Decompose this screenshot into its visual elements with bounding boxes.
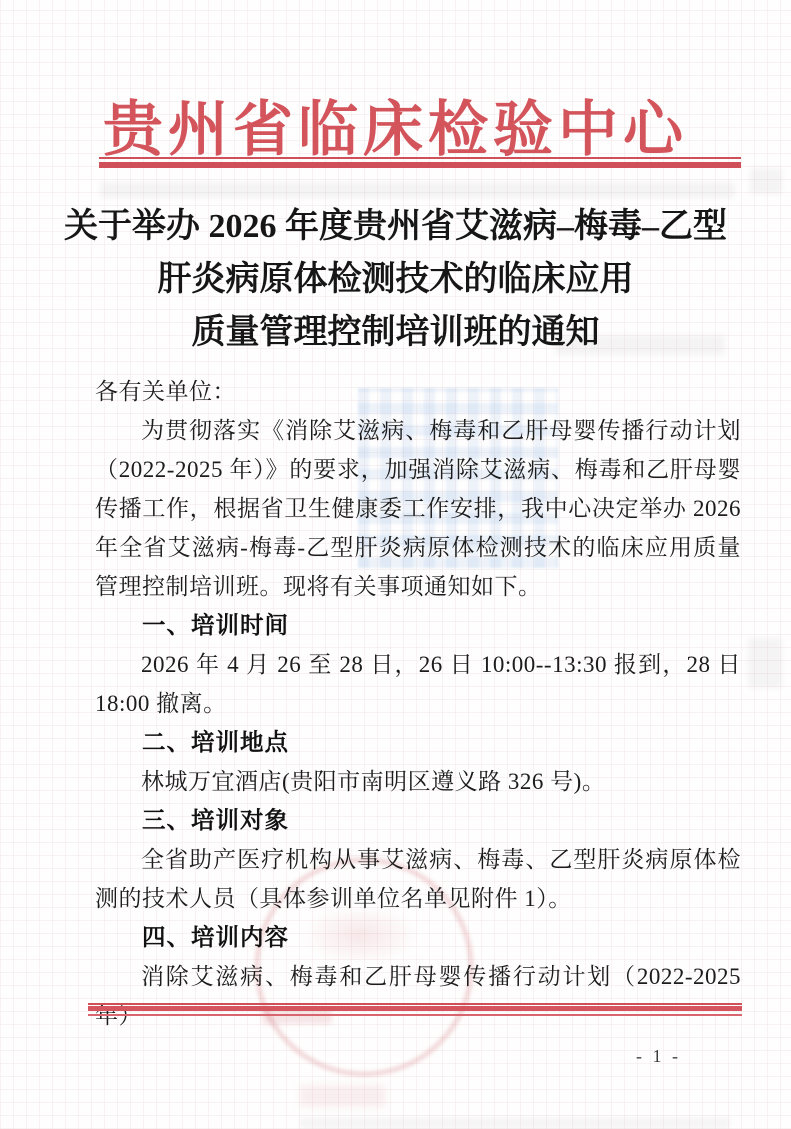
salutation: 各有关单位： <box>95 372 741 411</box>
stamp-ink-speckle <box>300 1085 385 1107</box>
notice-body: 各有关单位： 为贯彻落实《消除艾滋病、梅毒和乙肝母婴传播行动计划（2022-20… <box>95 372 741 1035</box>
footer-divider-rule <box>88 1003 742 1016</box>
document-title-line-1: 关于举办 2026 年度贵州省艾滋病–梅毒–乙型 <box>0 200 791 253</box>
section-4-text: 消除艾滋病、梅毒和乙肝母婴传播行动计划（2022-2025 年） <box>95 957 741 1035</box>
document-title: 关于举办 2026 年度贵州省艾滋病–梅毒–乙型 肝炎病原体检测技术的临床应用 … <box>0 200 791 359</box>
bleed-through-artifact <box>300 1118 730 1128</box>
notice-page: 贵州省临床检验中心 关于举办 2026 年度贵州省艾滋病–梅毒–乙型 肝炎病原体… <box>0 0 791 1129</box>
section-1-text: 2026 年 4 月 26 至 28 日，26 日 10:00--13:30 报… <box>95 645 741 723</box>
letterhead-divider-rule <box>99 157 741 168</box>
document-title-line-2: 肝炎病原体检测技术的临床应用 <box>0 253 791 306</box>
section-2-heading: 二、培训地点 <box>95 723 741 762</box>
bleed-through-artifact <box>750 168 782 194</box>
section-1-heading: 一、培训时间 <box>95 606 741 645</box>
letterhead-org-name: 贵州省临床检验中心 <box>0 82 791 168</box>
section-2-text: 林城万宜酒店(贵阳市南明区遵义路 326 号)。 <box>95 762 741 801</box>
page-number: - 1 - <box>636 1046 681 1067</box>
section-3-heading: 三、培训对象 <box>95 801 741 840</box>
section-4-heading: 四、培训内容 <box>95 918 741 957</box>
document-title-line-3: 质量管理控制培训班的通知 <box>0 306 791 359</box>
section-3-text: 全省助产医疗机构从事艾滋病、梅毒、乙型肝炎病原体检测的技术人员（具体参训单位名单… <box>95 840 741 918</box>
bleed-through-artifact <box>748 638 782 688</box>
bleed-through-artifact <box>100 182 735 198</box>
intro-paragraph: 为贯彻落实《消除艾滋病、梅毒和乙肝母婴传播行动计划（2022-2025 年）》的… <box>95 411 741 606</box>
